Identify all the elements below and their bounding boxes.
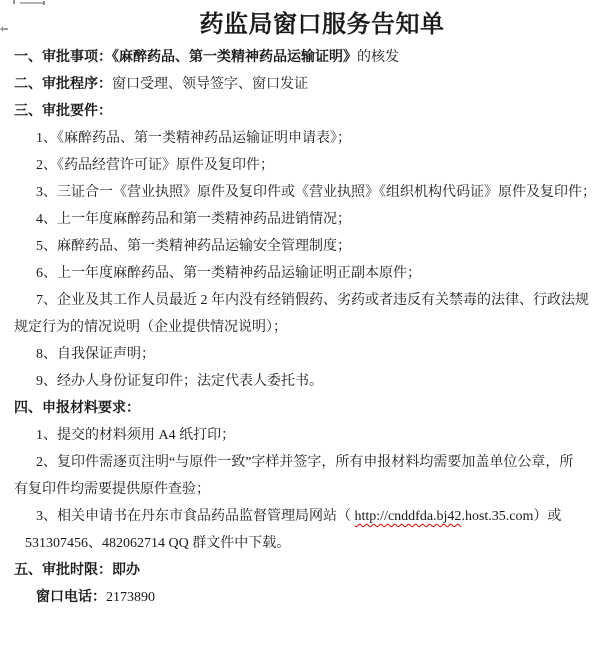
- doc-line: 4、上一年度麻醉药品和第一类精神药品进销情况；: [0, 206, 614, 233]
- document-page: 药监局窗口服务告知单 一、审批事项：《麻醉药品、第一类精神药品运输证明》的核发 …: [0, 0, 614, 662]
- line-label: 二、审批程序：: [14, 77, 112, 92]
- doc-line: 6、上一年度麻醉药品、第一类精神药品运输证明正副本原件；: [0, 260, 614, 287]
- doc-line: 3、三证合一《营业执照》原件及复印件或《营业执照》《组织机构代码证》原件及复印件…: [0, 179, 614, 206]
- document-body: 一、审批事项：《麻醉药品、第一类精神药品运输证明》的核发 二、审批程序：窗口受理…: [0, 44, 614, 611]
- doc-line: 二、审批程序：窗口受理、领导签字、窗口发证: [0, 71, 614, 98]
- doc-line: 一、审批事项：《麻醉药品、第一类精神药品运输证明》的核发: [0, 44, 614, 71]
- line-text: 2173890: [106, 590, 155, 605]
- doc-line: 3、相关申请书在丹东市食品药品监督管理局网站（ http://cnddfda.b…: [0, 503, 614, 530]
- line-text: 1、《麻醉药品、第一类精神药品运输证明申请表》；: [36, 131, 351, 146]
- line-text: 规定行为的情况说明（企业提供情况说明）；: [14, 320, 287, 335]
- line-text: 4、上一年度麻醉药品和第一类精神药品进销情况；: [36, 212, 351, 227]
- line-text: 531307456、482062714 QQ 群文件中下载。: [25, 536, 290, 551]
- line-text: 2、《药品经营许可证》原件及复印件；: [36, 158, 274, 173]
- line-text: 5、麻醉药品、第一类精神药品运输安全管理制度；: [36, 239, 351, 254]
- doc-line: 四、申报材料要求：: [0, 395, 614, 422]
- doc-line: 9、经办人身份证复印件；法定代表人委托书。: [0, 368, 614, 395]
- line-text: 2、复印件需逐页注明“与原件一致”字样并签字，所有申报材料均需要加盖单位公章，所: [36, 455, 573, 470]
- line-text: 有复印件均需要提供原件查验；: [14, 482, 210, 497]
- line-text: 8、自我保证声明；: [36, 347, 155, 362]
- line-label: 四、申报材料要求：: [14, 401, 140, 416]
- doc-line: 1、《麻醉药品、第一类精神药品运输证明申请表》；: [0, 125, 614, 152]
- line-text: 9、经办人身份证复印件；法定代表人委托书。: [36, 374, 323, 389]
- line-text: 1、提交的材料须用 A4 纸打印；: [36, 428, 235, 443]
- doc-line: 2、复印件需逐页注明“与原件一致”字样并签字，所有申报材料均需要加盖单位公章，所: [0, 449, 614, 476]
- doc-line: 窗口电话：2173890: [0, 584, 614, 611]
- doc-line: 531307456、482062714 QQ 群文件中下载。: [0, 530, 614, 557]
- line-text: 的核发: [357, 50, 399, 65]
- page-title: 药监局窗口服务告知单: [30, 4, 614, 39]
- line-label: 窗口电话：: [36, 590, 106, 605]
- url-text[interactable]: http://cnddfda.bj42: [355, 509, 462, 524]
- line-text: 3、相关申请书在丹东市食品药品监督管理局网站（: [36, 509, 351, 524]
- doc-line: 规定行为的情况说明（企业提供情况说明）；: [0, 314, 614, 341]
- doc-line: 8、自我保证声明；: [0, 341, 614, 368]
- line-text: 7、企业及其工作人员最近 2 年内没有经销假药、劣药或者违反有关禁毒的法律、行政…: [36, 293, 589, 308]
- doc-line: 7、企业及其工作人员最近 2 年内没有经销假药、劣药或者违反有关禁毒的法律、行政…: [0, 287, 614, 314]
- line-text: 窗口受理、领导签字、窗口发证: [112, 77, 308, 92]
- doc-line: 五、审批时限：即办: [0, 557, 614, 584]
- line-label: 五、审批时限：即办: [14, 563, 140, 578]
- doc-line: 三、审批要件：: [0, 98, 614, 125]
- line-text: .host.35.com）或: [461, 509, 561, 524]
- doc-line: 1、提交的材料须用 A4 纸打印；: [0, 422, 614, 449]
- pointer-artifact-icon: [0, 19, 8, 25]
- doc-line: 5、麻醉药品、第一类精神药品运输安全管理制度；: [0, 233, 614, 260]
- doc-line: 2、《药品经营许可证》原件及复印件；: [0, 152, 614, 179]
- ruler-fragment-tick-left: [13, 0, 15, 4]
- line-label: 三、审批要件：: [14, 104, 112, 119]
- line-text: 3、三证合一《营业执照》原件及复印件或《营业执照》《组织机构代码证》原件及复印件…: [36, 185, 596, 200]
- line-text: 6、上一年度麻醉药品、第一类精神药品运输证明正副本原件；: [36, 266, 421, 281]
- doc-line: 有复印件均需要提供原件查验；: [0, 476, 614, 503]
- line-label: 一、审批事项：《麻醉药品、第一类精神药品运输证明》: [14, 50, 357, 65]
